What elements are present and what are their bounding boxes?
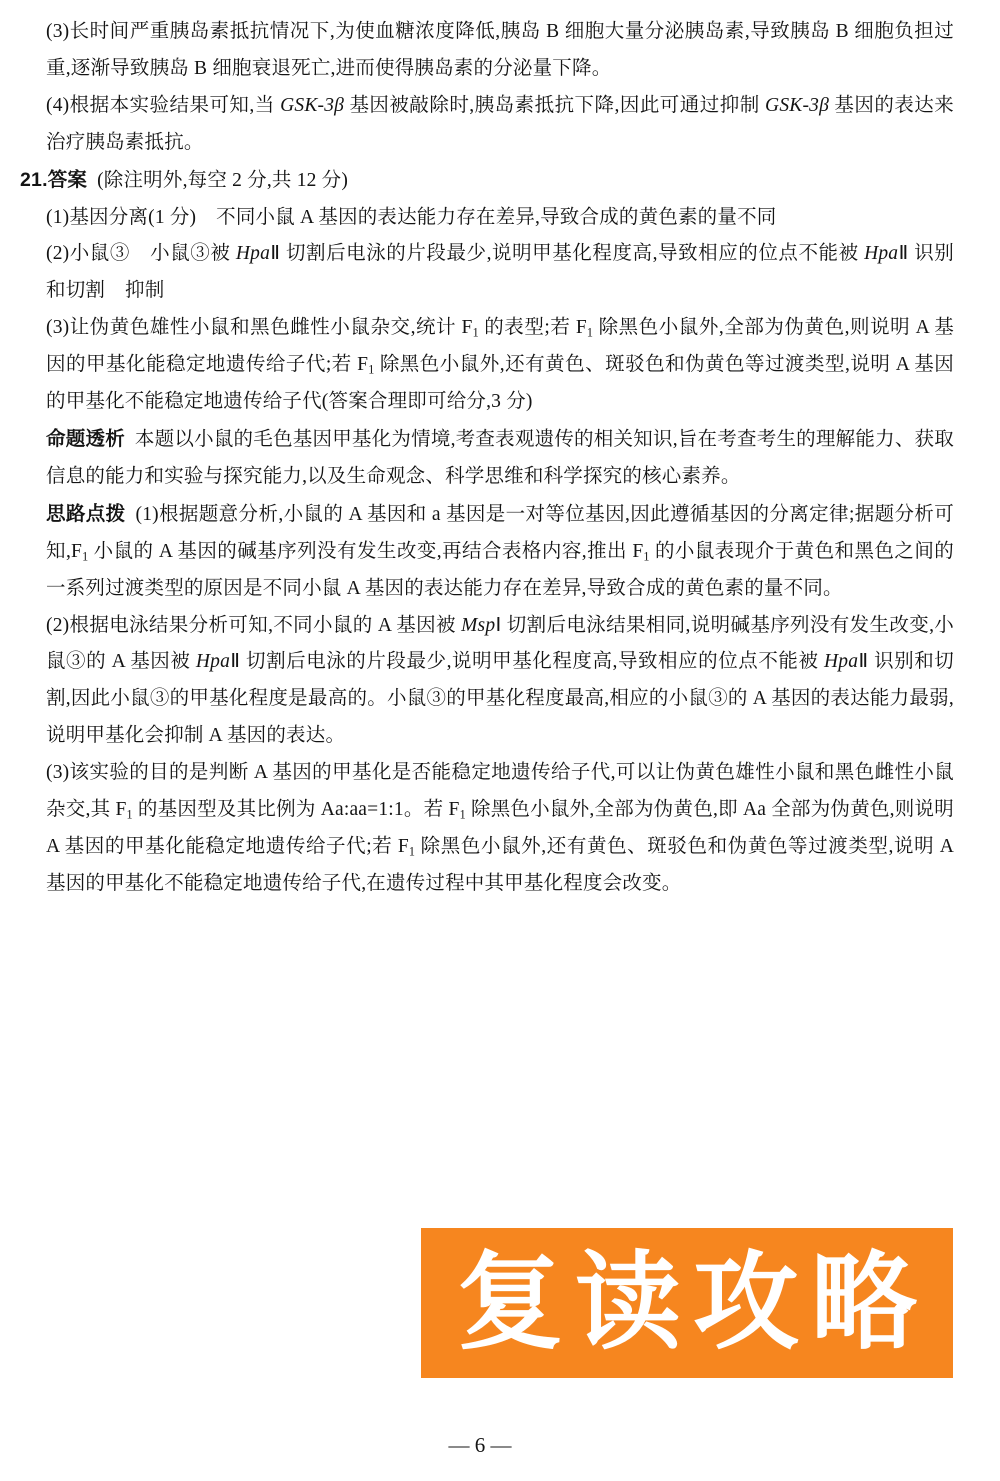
enzyme-gene-name: Hpa — [864, 243, 898, 264]
answer-20-part4: (4)根据本实验结果可知,当 GSK-3β 基因被敲除时,胰岛素抵抗下降,因此可… — [46, 88, 954, 162]
enzyme-gene-name: Hpa — [236, 243, 270, 264]
answer-21-heading: 21.答案 (除注明外,每空 2 分,共 12 分) — [46, 162, 954, 200]
text-run: (1)基因分离(1 分) 不同小鼠 A 基因的表达能力存在差异,导致合成的黄色素… — [46, 207, 776, 228]
text-run: 本题以小鼠的毛色基因甲基化为情境,考查表观遗传的相关知识,旨在考查考生的理解能力… — [46, 429, 954, 487]
document-body: (3)长时间严重胰岛素抵抗情况下,为使血糖浓度降低,胰岛 B 细胞大量分泌胰岛素… — [0, 14, 1000, 903]
bold-label: 答案 — [48, 169, 87, 191]
promo-banner: 复读攻略 — [421, 1228, 953, 1378]
enzyme-gene-name: GSK-3β — [280, 95, 344, 116]
solution-hint-3: (3)该实验的目的是判断 A 基因的甲基化是否能稳定地遗传给子代,可以让伪黄色雄… — [46, 755, 954, 903]
enzyme-gene-name: Hpa — [824, 651, 858, 672]
enzyme-gene-name: GSK-3β — [765, 95, 829, 116]
bold-label: 21. — [20, 169, 48, 191]
solution-hint-1: 思路点拨 (1)根据题意分析,小鼠的 A 基因和 a 基因是一对等位基因,因此遵… — [46, 496, 954, 608]
text-run: (2)根据电泳结果分析可知,不同小鼠的 A 基因被 — [46, 615, 461, 636]
bold-label: 命题透析 — [46, 428, 125, 450]
text-run: (4)根据本实验结果可知,当 — [46, 95, 280, 116]
text-run: 的基因型及其比例为 Aa:aa=1:1。若 F — [133, 799, 460, 820]
page-footer: — 6 — — [0, 1433, 960, 1458]
promo-banner-text: 复读攻略 — [445, 1250, 929, 1356]
answer-21-part3: (3)让伪黄色雄性小鼠和黑色雌性小鼠杂交,统计 F1 的表型;若 F1 除黑色小… — [46, 310, 954, 421]
exam-analysis: 命题透析 本题以小鼠的毛色基因甲基化为情境,考查表观遗传的相关知识,旨在考查考生… — [46, 421, 954, 496]
page-number: — 6 — — [449, 1433, 512, 1457]
text-run: Ⅱ 切割后电泳的片段最少,说明甲基化程度高,导致相应的位点不能被 — [270, 243, 864, 264]
answer-20-part3: (3)长时间严重胰岛素抵抗情况下,为使血糖浓度降低,胰岛 B 细胞大量分泌胰岛素… — [46, 14, 954, 88]
text-run: (3)让伪黄色雄性小鼠和黑色雌性小鼠杂交,统计 F — [46, 317, 473, 338]
text-run: 基因被敲除时,胰岛素抵抗下降,因此可通过抑制 — [344, 95, 765, 116]
text-run: 小鼠的 A 基因的碱基序列没有发生改变,再结合表格内容,推出 F — [88, 541, 643, 562]
text-run: Ⅱ 切割后电泳的片段最少,说明甲基化程度高,导致相应的位点不能被 — [230, 651, 824, 672]
answer-21-part2: (2)小鼠③ 小鼠③被 HpaⅡ 切割后电泳的片段最少,说明甲基化程度高,导致相… — [46, 236, 954, 310]
text-run: (除注明外,每空 2 分,共 12 分) — [87, 170, 348, 191]
page: { "banner": { "text": "复读攻略", "bg": "#f6… — [0, 0, 1000, 1481]
enzyme-gene-name: Hpa — [196, 651, 230, 672]
text-run: (2)小鼠③ 小鼠③被 — [46, 243, 236, 264]
answer-21-part1: (1)基因分离(1 分) 不同小鼠 A 基因的表达能力存在差异,导致合成的黄色素… — [46, 200, 954, 237]
bold-label: 思路点拨 — [46, 503, 126, 525]
text-run: 的表型;若 F — [479, 317, 587, 338]
text-run: (3)长时间严重胰岛素抵抗情况下,为使血糖浓度降低,胰岛 B 细胞大量分泌胰岛素… — [46, 21, 954, 79]
enzyme-gene-name: Msp — [461, 615, 495, 636]
solution-hint-2: (2)根据电泳结果分析可知,不同小鼠的 A 基因被 MspⅠ 切割后电泳结果相同… — [46, 608, 954, 756]
